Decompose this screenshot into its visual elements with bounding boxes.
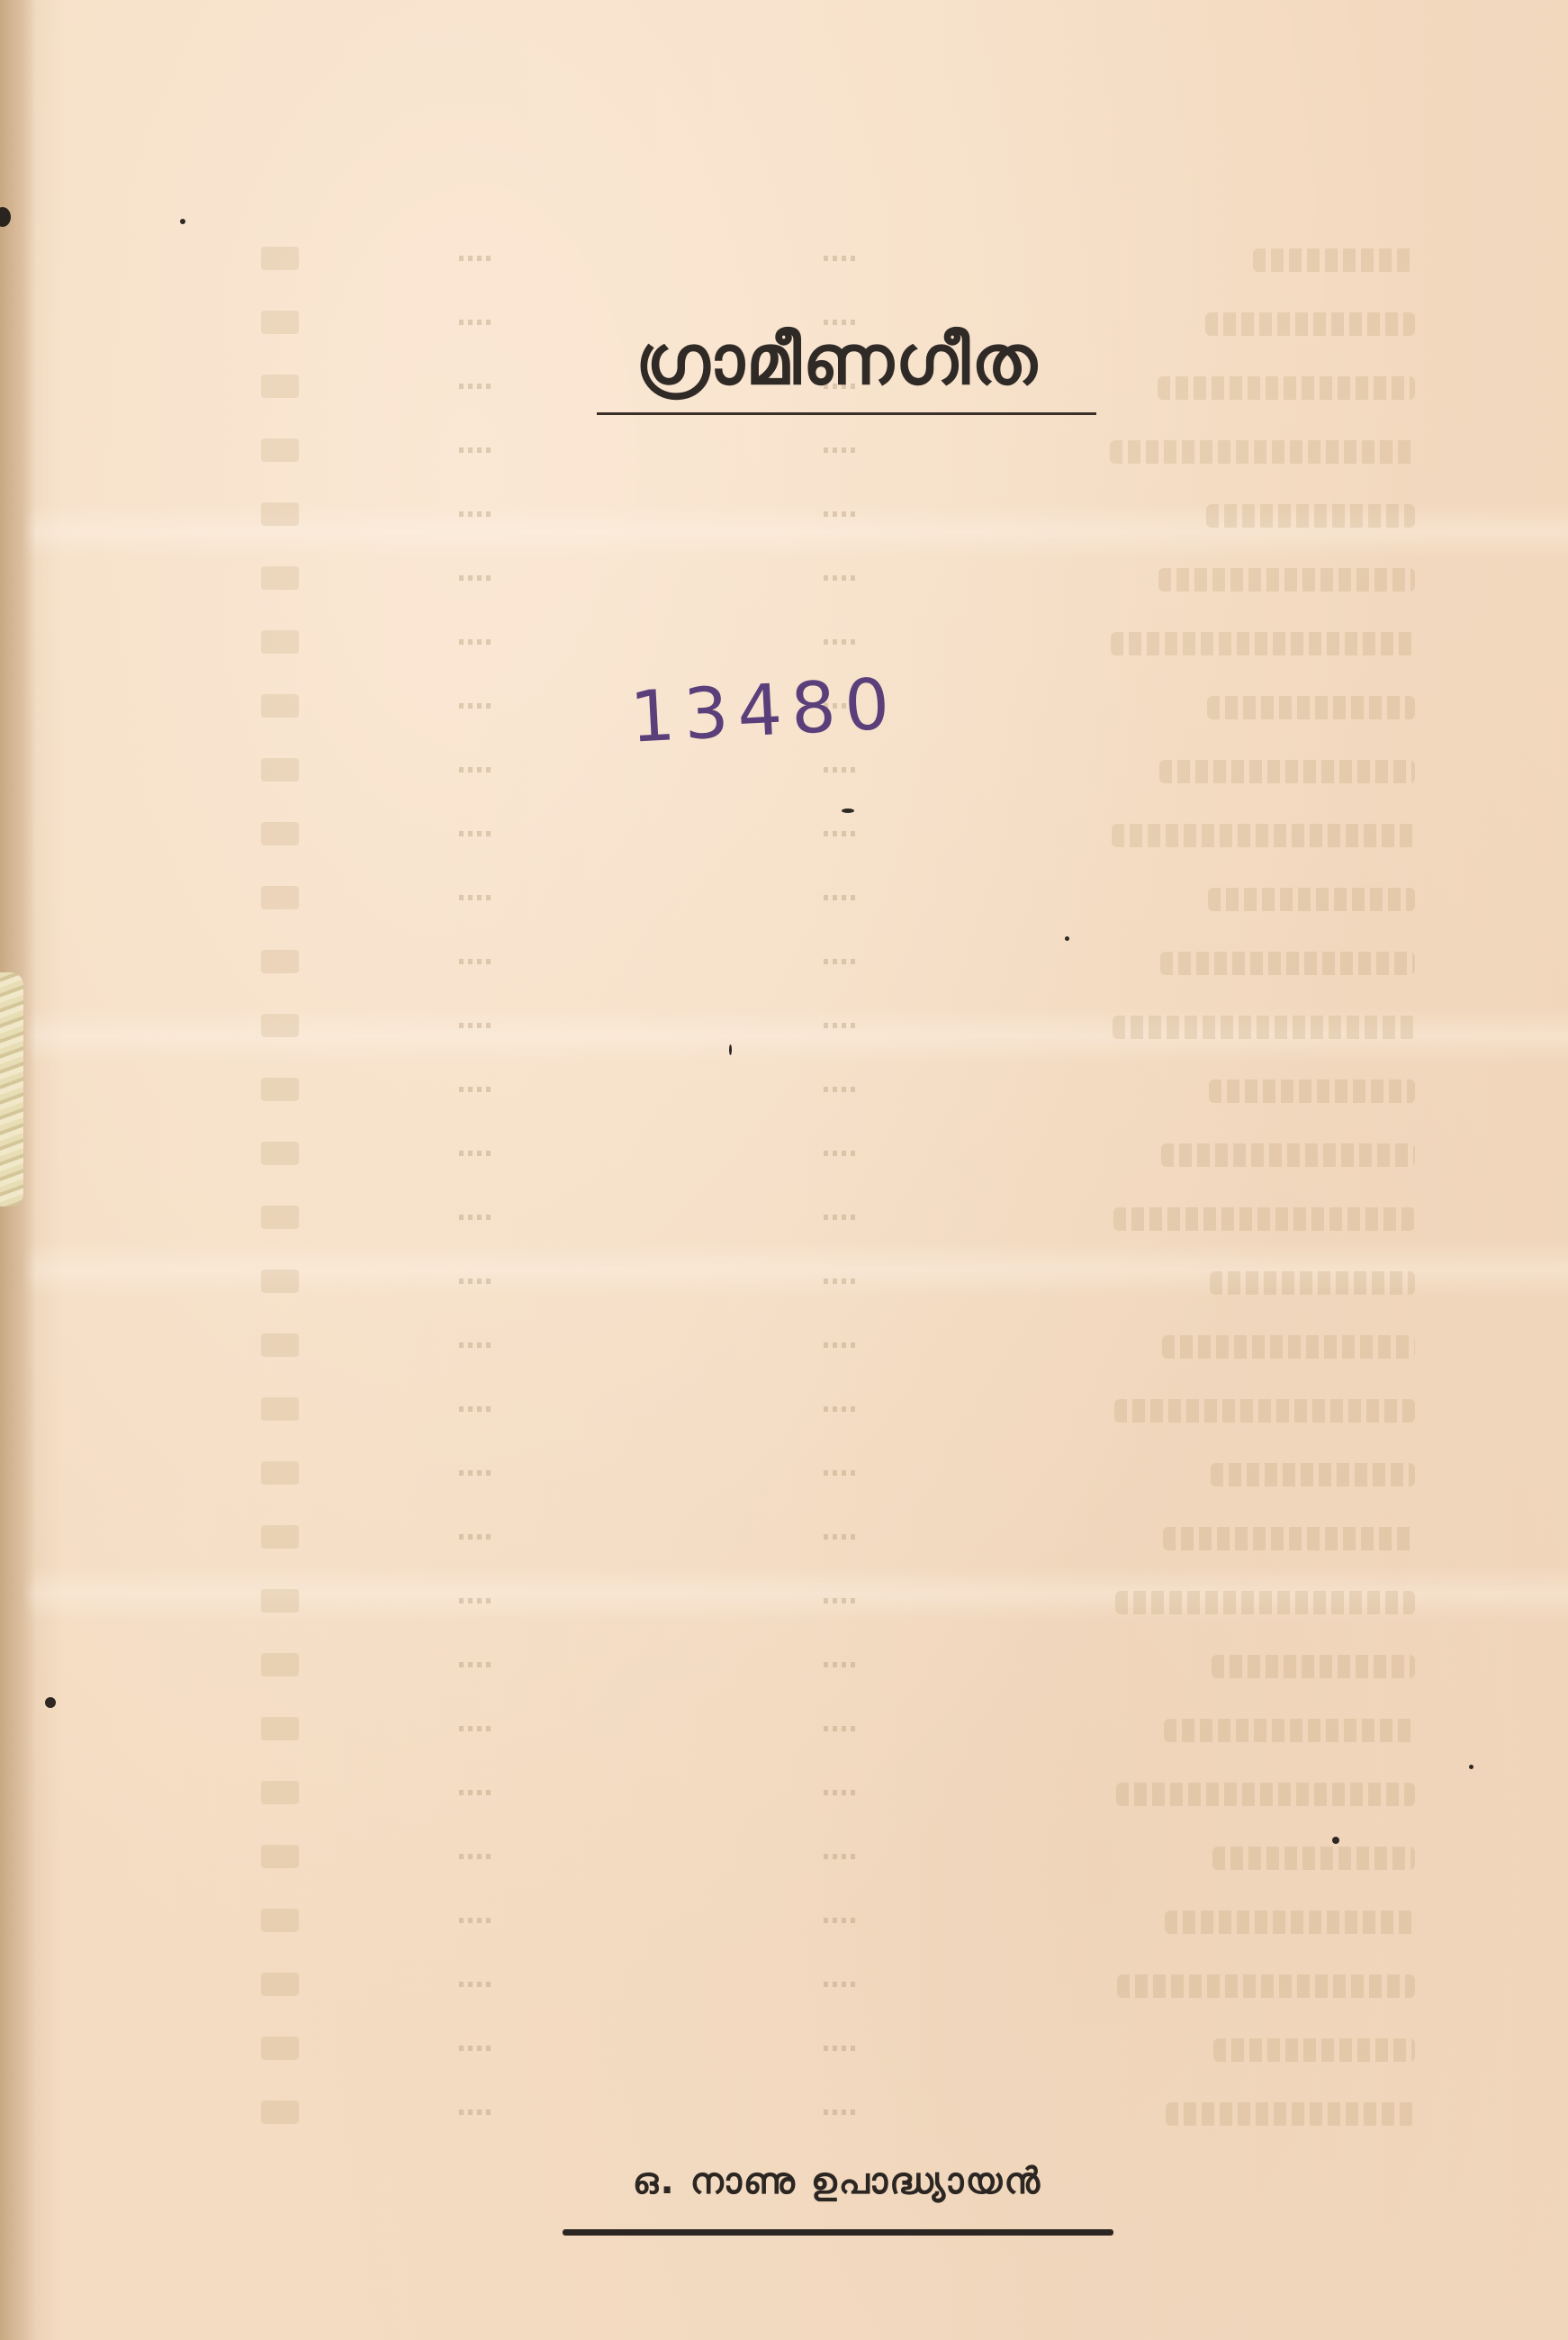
bleed-entry-text bbox=[1159, 760, 1415, 783]
bleed-entry-text bbox=[1162, 1335, 1415, 1359]
bleed-leader-dots bbox=[459, 1918, 495, 1923]
bleed-entry-text bbox=[1206, 504, 1415, 528]
bleed-page-number bbox=[261, 822, 299, 845]
bleed-row bbox=[0, 499, 1568, 535]
bleed-leader-dots bbox=[459, 639, 495, 645]
bleed-leader-dots bbox=[459, 256, 495, 261]
bleed-page-number bbox=[261, 311, 299, 334]
bleed-row bbox=[0, 1010, 1568, 1046]
bleed-row bbox=[0, 1841, 1568, 1877]
bleed-row bbox=[0, 435, 1568, 471]
bleed-leader-dots bbox=[824, 1087, 860, 1092]
bleed-page-number bbox=[261, 375, 299, 398]
bleed-row bbox=[0, 1266, 1568, 1302]
bleed-page-number bbox=[261, 886, 299, 909]
author-underline bbox=[563, 2229, 1113, 2236]
bleed-row bbox=[0, 1458, 1568, 1494]
bleed-entry-text bbox=[1213, 2038, 1415, 2062]
bleed-entry-text bbox=[1212, 1655, 1415, 1678]
bleed-leader-dots bbox=[824, 1215, 860, 1220]
bleed-leader-dots bbox=[459, 2046, 495, 2051]
paper-speck bbox=[1469, 1765, 1473, 1769]
bleed-leader-dots bbox=[459, 703, 495, 709]
bleed-leader-dots bbox=[824, 1151, 860, 1156]
bleed-entry-text bbox=[1253, 248, 1415, 272]
bleed-entry-text bbox=[1207, 696, 1415, 719]
paper-speck bbox=[1332, 1837, 1339, 1844]
bleed-page-number bbox=[261, 438, 299, 462]
bleed-leader-dots bbox=[824, 1726, 860, 1731]
bleed-entry-text bbox=[1208, 888, 1415, 911]
bleed-leader-dots bbox=[459, 959, 495, 964]
bleed-row bbox=[0, 1138, 1568, 1174]
bleed-leader-dots bbox=[459, 831, 495, 836]
bleed-page-number bbox=[261, 1589, 299, 1613]
bleed-entry-text bbox=[1209, 1080, 1415, 1103]
bleed-page-number bbox=[261, 1653, 299, 1676]
bleed-leader-dots bbox=[459, 1087, 495, 1092]
bleed-row bbox=[0, 1905, 1568, 1941]
bleed-page-number bbox=[261, 1078, 299, 1101]
bleed-page-number bbox=[261, 502, 299, 526]
bleed-page-number bbox=[261, 1397, 299, 1421]
bleed-leader-dots bbox=[824, 1023, 860, 1028]
bleed-entry-text bbox=[1160, 952, 1415, 975]
handwritten-accession-number: 13480 bbox=[628, 664, 900, 758]
bleed-page-number bbox=[261, 758, 299, 782]
bleed-row bbox=[0, 1713, 1568, 1749]
bleed-entry-text bbox=[1117, 1974, 1415, 1998]
bleed-page-number bbox=[261, 1333, 299, 1357]
bleed-entry-text bbox=[1163, 1527, 1415, 1550]
bleed-page-number bbox=[261, 2101, 299, 2124]
bleed-row bbox=[0, 1202, 1568, 1238]
bleed-page-number bbox=[261, 1142, 299, 1165]
bleed-leader-dots bbox=[824, 639, 860, 645]
bleed-page-number bbox=[261, 1206, 299, 1229]
bleed-leader-dots bbox=[459, 1726, 495, 1731]
bleed-leader-dots bbox=[459, 1534, 495, 1540]
bleed-leader-dots bbox=[459, 1982, 495, 1987]
author-name: ഒ. നാണു ഉപാദ്ധ്യായൻ bbox=[522, 2161, 1152, 2202]
bleed-leader-dots bbox=[824, 1982, 860, 1987]
bleed-page-number bbox=[261, 247, 299, 270]
bleed-leader-dots bbox=[459, 511, 495, 517]
bleed-entry-text bbox=[1211, 1463, 1415, 1486]
bleed-leader-dots bbox=[824, 1534, 860, 1540]
paper-speck bbox=[729, 1044, 732, 1055]
bleed-leader-dots bbox=[459, 2110, 495, 2115]
bleed-leader-dots bbox=[824, 1790, 860, 1795]
bleed-leader-dots bbox=[459, 895, 495, 900]
bleed-leader-dots bbox=[824, 2046, 860, 2051]
bleed-leader-dots bbox=[459, 320, 495, 325]
bleed-row bbox=[0, 1394, 1568, 1430]
bleed-page-number bbox=[261, 1781, 299, 1804]
bleed-leader-dots bbox=[824, 1406, 860, 1412]
paper-speck bbox=[45, 1697, 56, 1708]
bleed-leader-dots bbox=[459, 1598, 495, 1604]
bleed-row bbox=[0, 1330, 1568, 1366]
bleed-entry-text bbox=[1111, 632, 1415, 655]
bleed-leader-dots bbox=[459, 1278, 495, 1284]
bleed-leader-dots bbox=[459, 1790, 495, 1795]
bleed-page-number bbox=[261, 1973, 299, 1996]
bleed-leader-dots bbox=[459, 1023, 495, 1028]
bleed-leader-dots bbox=[459, 1342, 495, 1348]
bleed-leader-dots bbox=[824, 959, 860, 964]
bleed-leader-dots bbox=[459, 1151, 495, 1156]
bleed-page-number bbox=[261, 2037, 299, 2060]
bleed-leader-dots bbox=[824, 2110, 860, 2115]
bleed-leader-dots bbox=[824, 1342, 860, 1348]
bleed-leader-dots bbox=[824, 895, 860, 900]
paper-speck bbox=[180, 219, 185, 224]
bleed-leader-dots bbox=[824, 831, 860, 836]
bleed-leader-dots bbox=[824, 1470, 860, 1476]
bleed-row bbox=[0, 1777, 1568, 1813]
bleed-leader-dots bbox=[824, 1598, 860, 1604]
bleed-entry-text bbox=[1114, 1399, 1415, 1423]
bleed-row bbox=[0, 754, 1568, 791]
bleed-entry-text bbox=[1158, 568, 1415, 592]
bleed-row bbox=[0, 627, 1568, 663]
bleed-leader-dots bbox=[824, 1278, 860, 1284]
bleed-leader-dots bbox=[459, 1406, 495, 1412]
bleed-leader-dots bbox=[459, 384, 495, 389]
bleed-entry-text bbox=[1161, 1143, 1415, 1167]
bleed-entry-text bbox=[1205, 312, 1415, 336]
bleed-page-number bbox=[261, 1845, 299, 1868]
bleed-entry-text bbox=[1113, 1207, 1415, 1231]
bleed-row bbox=[0, 946, 1568, 982]
bleed-row bbox=[0, 243, 1568, 279]
bleed-leader-dots bbox=[459, 767, 495, 772]
bleed-leader-dots bbox=[824, 1854, 860, 1859]
bleed-page-number bbox=[261, 950, 299, 973]
bleed-leader-dots bbox=[459, 447, 495, 453]
bleed-leader-dots bbox=[824, 1918, 860, 1923]
bleed-entry-text bbox=[1110, 440, 1415, 464]
bleed-entry-text bbox=[1212, 1847, 1415, 1870]
bleed-entry-text bbox=[1210, 1271, 1415, 1295]
title-underline bbox=[597, 412, 1096, 415]
bleed-page-number bbox=[261, 566, 299, 590]
bleed-leader-dots bbox=[824, 256, 860, 261]
bleed-leader-dots bbox=[824, 1662, 860, 1667]
paper-speck bbox=[842, 809, 854, 813]
bleed-entry-text bbox=[1166, 2102, 1415, 2126]
bleed-row bbox=[0, 1969, 1568, 2005]
bleed-entry-text bbox=[1113, 1016, 1415, 1039]
bleed-page-number bbox=[261, 1909, 299, 1932]
bleed-leader-dots bbox=[459, 1470, 495, 1476]
bleed-leader-dots bbox=[459, 1215, 495, 1220]
bleed-page-number bbox=[261, 694, 299, 718]
bleed-row bbox=[0, 2033, 1568, 2069]
bleed-leader-dots bbox=[459, 575, 495, 581]
bleed-leader-dots bbox=[459, 1662, 495, 1667]
bleed-row bbox=[0, 1522, 1568, 1558]
bleed-page-number bbox=[261, 1717, 299, 1740]
bleed-page-number bbox=[261, 1461, 299, 1485]
bleed-leader-dots bbox=[824, 447, 860, 453]
bleed-row bbox=[0, 818, 1568, 854]
bleed-entry-text bbox=[1116, 1783, 1415, 1806]
bleed-entry-text bbox=[1164, 1719, 1415, 1742]
bleed-row bbox=[0, 1586, 1568, 1622]
bleed-entry-text bbox=[1158, 376, 1415, 400]
bleed-row bbox=[0, 2097, 1568, 2133]
bleed-page-number bbox=[261, 1525, 299, 1549]
bleed-leader-dots bbox=[824, 511, 860, 517]
bleed-entry-text bbox=[1165, 1911, 1415, 1934]
bleed-entry-text bbox=[1115, 1591, 1415, 1614]
bleed-leader-dots bbox=[824, 575, 860, 581]
paper-speck bbox=[1065, 936, 1069, 941]
bleed-page-number bbox=[261, 1014, 299, 1037]
bleed-leader-dots bbox=[824, 767, 860, 772]
bleed-leader-dots bbox=[459, 1854, 495, 1859]
bleed-row bbox=[0, 882, 1568, 918]
book-title: ഗ്രാമീണഗീത bbox=[576, 320, 1098, 402]
bleed-page-number bbox=[261, 630, 299, 654]
bleed-page-number bbox=[261, 1269, 299, 1293]
bleed-row bbox=[0, 1649, 1568, 1685]
bleed-row bbox=[0, 1074, 1568, 1110]
bleed-entry-text bbox=[1112, 824, 1415, 847]
bleed-row bbox=[0, 563, 1568, 599]
